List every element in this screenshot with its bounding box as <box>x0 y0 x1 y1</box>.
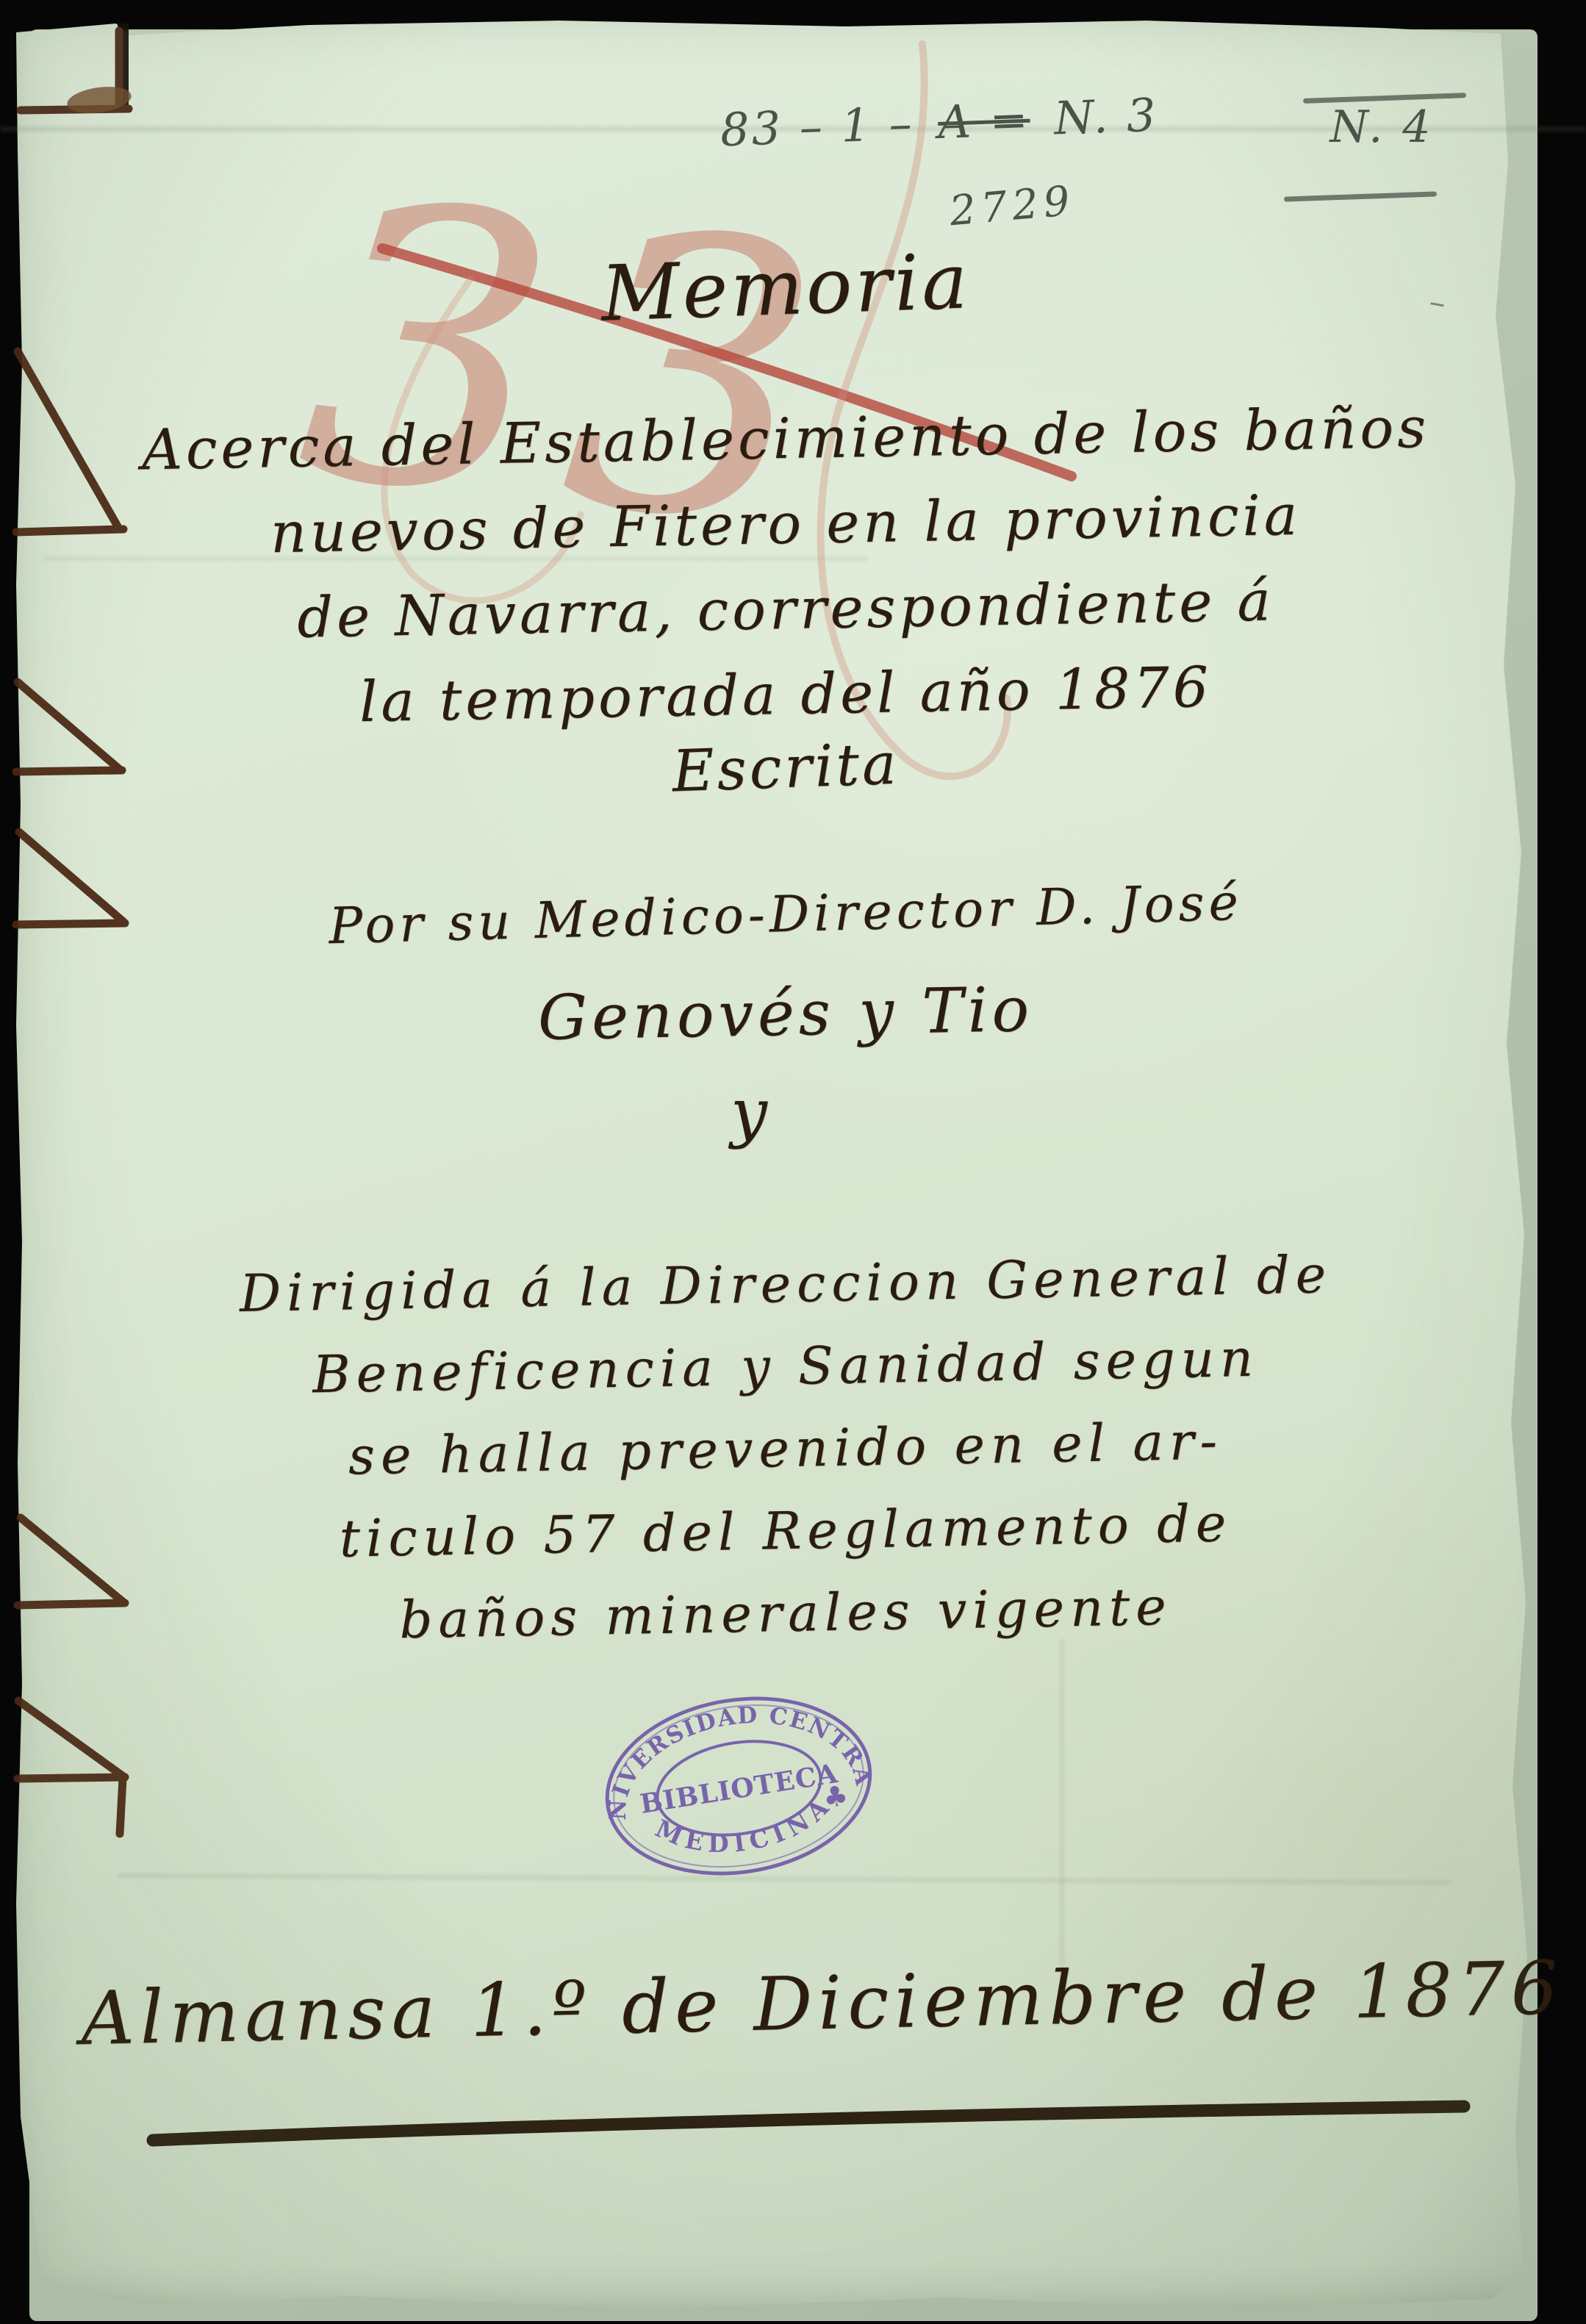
catalog-suffix: N. 3 <box>1053 88 1159 146</box>
conjunction-y: y <box>44 1075 1454 1150</box>
shelf-number-block: N. 4 <box>1297 82 1466 211</box>
photo-background: 33 83 – 1 – A = N. 3 N. 4 2729 – Memoria… <box>0 0 1586 2324</box>
catalog-prefix: 83 – 1 – <box>720 96 915 157</box>
catalog-struck-text: A = <box>937 93 1031 149</box>
pencil-underline <box>1284 191 1437 201</box>
shelf-number: N. 4 <box>1297 101 1466 153</box>
